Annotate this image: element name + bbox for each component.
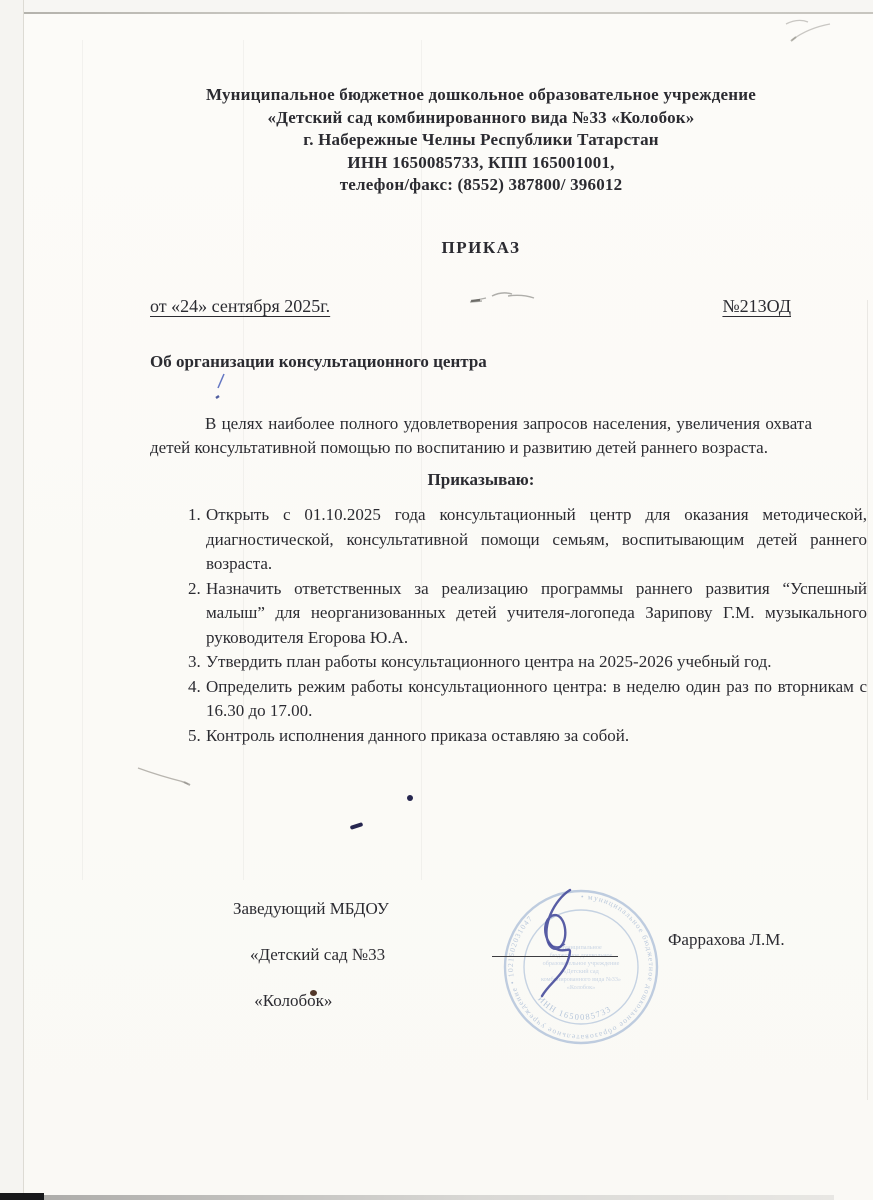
signatory-name: Фаррахова Л.М. (668, 930, 785, 950)
pen-scribble-mark (468, 282, 548, 306)
signatory-position: Заведующий МБДОУ «Детский сад №33 «Колоб… (233, 897, 389, 1035)
order-word: Приказываю: (150, 470, 812, 490)
scan-edge-top-band (23, 0, 873, 12)
scan-edge-right (867, 300, 868, 1100)
pen-tick-mark (210, 372, 232, 404)
order-items-list: Открыть с 01.10.2025 года консультационн… (150, 503, 867, 748)
order-item-2: Назначить ответственных за реализацию пр… (205, 577, 867, 651)
order-number: №213ОД (722, 296, 791, 317)
scan-edge-left-strip (0, 0, 24, 1200)
letterhead-line: ИНН 1650085733, КПП 165001001, (150, 152, 812, 175)
document-page: Муниципальное бюджетное дошкольное образ… (0, 0, 873, 1200)
letterhead-line: телефон/факс: (8552) 387800/ 396012 (150, 174, 812, 197)
paper-fold-line (82, 40, 83, 880)
signatory-line: «Детский сад №33 (250, 945, 385, 964)
order-item-1: Открыть с 01.10.2025 года консультационн… (205, 503, 867, 577)
ink-dash (350, 822, 364, 830)
scratch-mark (136, 762, 196, 788)
letterhead: Муниципальное бюджетное дошкольное образ… (150, 84, 812, 197)
order-item-3: Утвердить план работы консультационного … (205, 650, 867, 675)
signatory-line: Заведующий МБДОУ (233, 899, 389, 918)
scan-edge-bottom-black (0, 1193, 44, 1200)
pen-squiggle-topright (778, 14, 848, 50)
scan-edge-top-line (20, 12, 873, 14)
order-item-4: Определить режим работы консультационног… (205, 675, 867, 724)
letterhead-line: г. Набережные Челны Республики Татарстан (150, 129, 812, 152)
document-title: ПРИКАЗ (150, 238, 812, 258)
preamble-paragraph: В целях наиболее полного удовлетворения … (150, 412, 812, 459)
order-item-5: Контроль исполнения данного приказа оста… (205, 724, 867, 749)
letterhead-line: Муниципальное бюджетное дошкольное образ… (150, 84, 812, 107)
handwritten-signature (518, 884, 604, 1016)
subject-line: Об организации консультационного центра (150, 352, 812, 372)
scan-edge-bottom-smudge (44, 1195, 834, 1200)
letterhead-line: «Детский сад комбинированного вида №33 «… (150, 107, 812, 130)
ink-dot (407, 795, 413, 801)
order-date: от «24» сентября 2025г. (150, 296, 330, 317)
signatory-line: «Колобок» (250, 991, 332, 1010)
